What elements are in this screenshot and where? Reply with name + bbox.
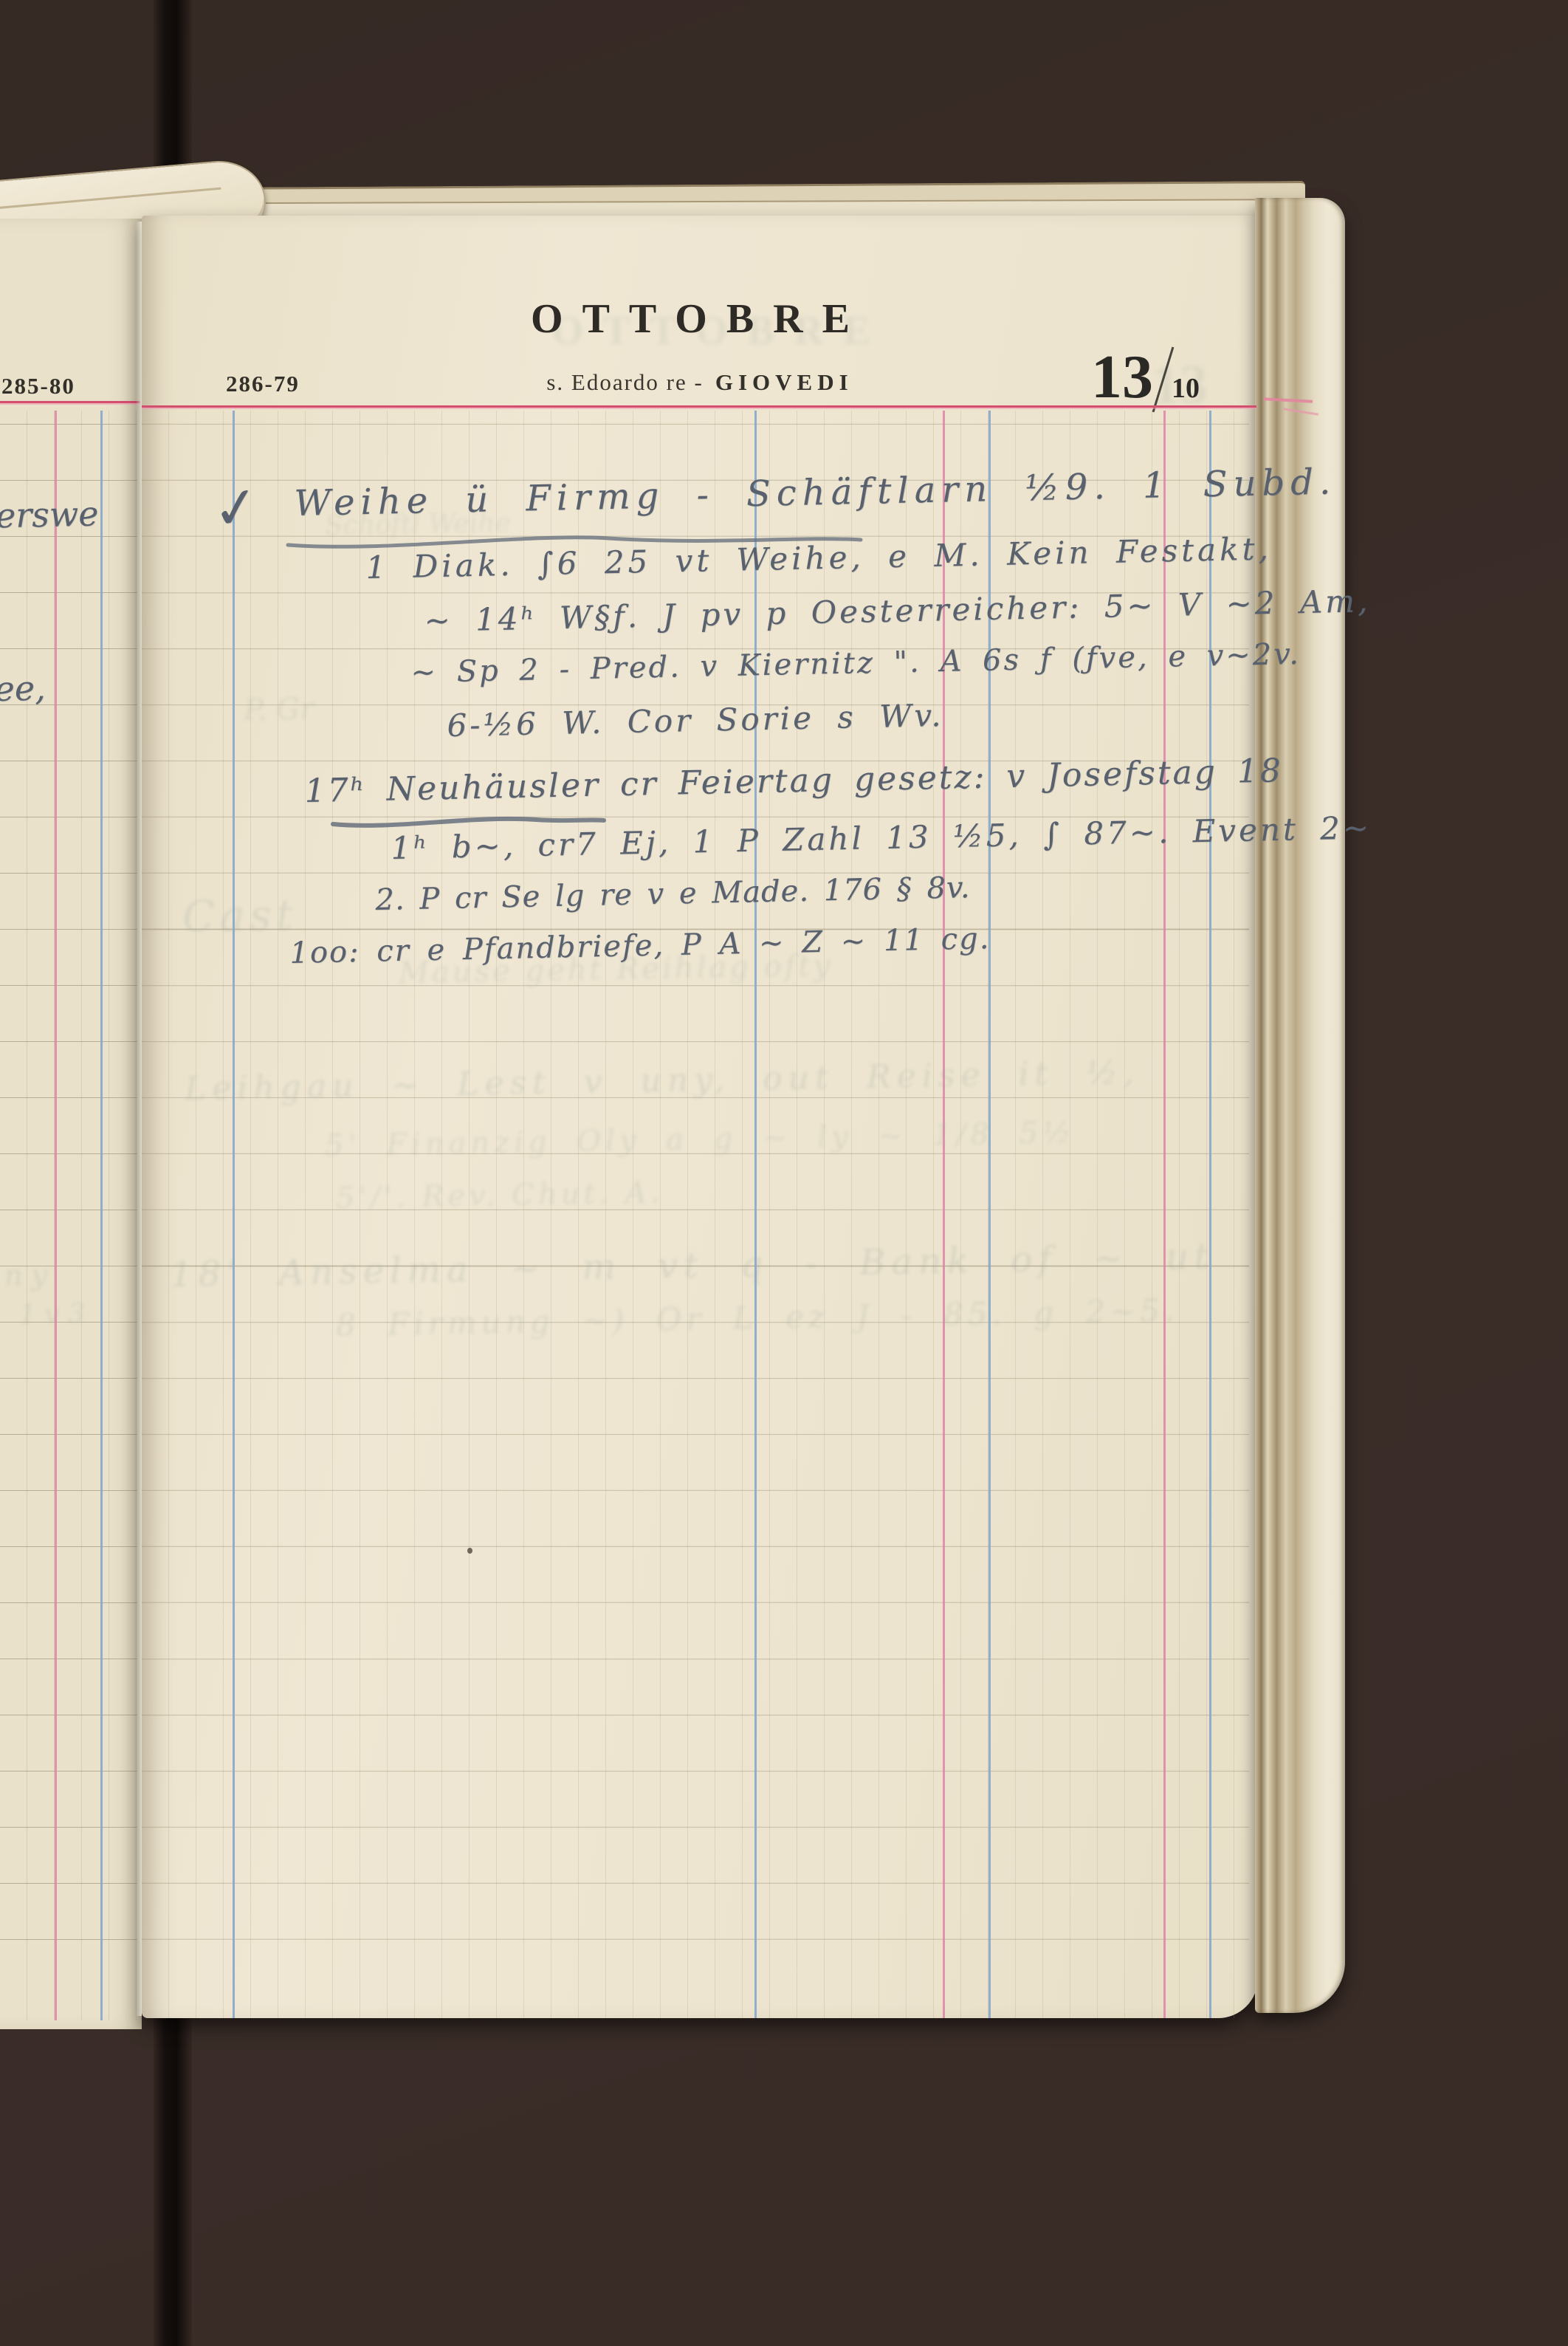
date-slash bbox=[1152, 347, 1175, 413]
gutter-highlight bbox=[136, 222, 142, 2016]
left-page-number: 285-80 bbox=[1, 373, 75, 399]
left-page-ghost: n y bbox=[4, 1258, 48, 1292]
weekday-name: GIOVEDI bbox=[715, 369, 853, 396]
showthrough-line: P. Gr bbox=[244, 692, 314, 727]
left-page-fragment: derswe bbox=[0, 493, 99, 536]
margin-line-blue bbox=[233, 411, 235, 2018]
checkmark: ✓ bbox=[208, 472, 264, 543]
left-page-ruling bbox=[0, 411, 137, 2020]
date-block: 13 10 bbox=[1091, 346, 1200, 403]
date-month: 10 bbox=[1172, 372, 1200, 405]
saint-name: s. Edoardo re - bbox=[546, 369, 704, 396]
left-page-fragment: ee, bbox=[0, 668, 46, 709]
left-page-ghost: 1 v 3 bbox=[19, 1299, 86, 1331]
month-title: OTTOBRE bbox=[142, 295, 1258, 343]
main-page-red-rule bbox=[142, 405, 1256, 408]
showthrough-line: 5'/'. Rev. Chut. A. bbox=[336, 1176, 664, 1215]
showthrough-line: Cast bbox=[182, 890, 298, 942]
left-page-blue-line bbox=[100, 411, 103, 2020]
diary-scan: 285-80 derswe ee, n y 1 v 3 OTTOBRE OTTO… bbox=[0, 0, 1568, 2346]
left-page-pink-line bbox=[55, 411, 57, 2020]
left-page-red-rule bbox=[0, 401, 140, 403]
date-day: 13 bbox=[1091, 351, 1153, 403]
paper-speck bbox=[467, 1548, 472, 1554]
